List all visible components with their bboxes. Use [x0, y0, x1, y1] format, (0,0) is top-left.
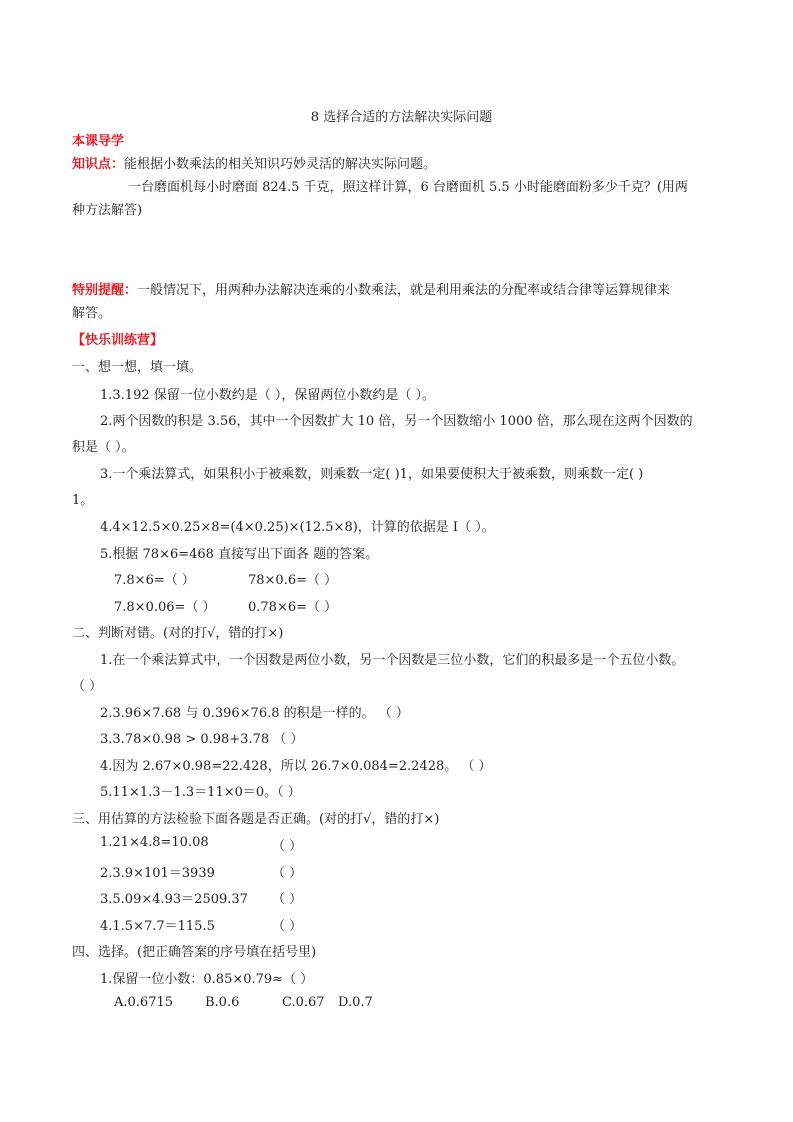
section1-q1: 1.3.192 保留一位小数约是（ ），保留两位小数约是（ ）。 — [100, 384, 435, 403]
section3-item3-expr: 3.5.09×4.93＝2509.37 — [100, 888, 248, 907]
section1-q5-item4: 0.78×6=（ ） — [248, 596, 337, 615]
section2-heading: 二、判断对错。(对的打√，错的打×) — [72, 622, 283, 641]
guide-heading: 本课导学 — [72, 130, 124, 149]
page-title: 8 选择合适的方法解决实际问题 — [0, 106, 793, 125]
section2-q5: 5.11×1.3－1.3＝11×0＝0。（ ） — [100, 781, 301, 800]
section4-q1: 1.保留一位小数：0.85×0.79≈（ ） — [100, 968, 313, 987]
section4-option-b: B.0.6 — [205, 995, 239, 1010]
section1-q4: 4.4×12.5×0.25×8=(4×0.25)×(12.5×8)，计算的依据是… — [100, 516, 495, 535]
reminder-line2: 解答。 — [72, 302, 111, 321]
section3-item4-expr: 4.1.5×7.7＝115.5 — [100, 915, 215, 934]
section2-q4: 4.因为 2.67×0.98=22.428，所以 26.7×0.084=2.24… — [100, 755, 492, 774]
section2-q1-line1: 1.在一个乘法算式中，一个因数是两位小数，另一个因数是三位小数，它们的积最多是一… — [100, 649, 684, 668]
knowledge-text: 能根据小数乘法的相关知识巧妙灵活的解决实际问题。 — [124, 157, 436, 172]
section4-option-a: A.0.6715 — [114, 995, 173, 1010]
section1-q5-item2: 78×0.6=（ ） — [248, 569, 337, 588]
section3-item4-blank: （ ） — [272, 915, 302, 934]
section1-q3-line2: 1。 — [72, 489, 93, 508]
example-problem-line2: 种方法解答) — [72, 199, 142, 218]
section3-heading: 三、用估算的方法检验下面各题是否正确。(对的打√，错的打×) — [72, 808, 439, 827]
section3-item3-blank: （ ） — [272, 888, 302, 907]
section4-heading: 四、选择。(把正确答案的序号填在括号里) — [72, 941, 316, 960]
section1-q5-item3: 7.8×0.06=（ ） — [114, 596, 216, 615]
section3-item2-expr: 2.3.9×101＝3939 — [100, 862, 215, 881]
section4-option-d: D.0.7 — [338, 995, 373, 1010]
section3-item1-expr: 1.21×4.8=10.08 — [100, 835, 209, 850]
section4-option-c: C.0.67 — [282, 995, 325, 1010]
section1-q2-line1: 2.两个因数的积是 3.56，其中一个因数扩大 10 倍，另一个因数缩小 100… — [100, 410, 693, 429]
reminder-text: 一般情况下，用两种办法解决连乘的小数乘法，就是利用乘法的分配率或结合律等运算规律… — [137, 283, 670, 298]
section1-q3-line1: 3.一个乘法算式，如果积小于被乘数，则乘数一定( )1，如果要使积大于被乘数，则… — [100, 463, 643, 482]
section2-q2: 2.3.96×7.68 与 0.396×76.8 的积是一样的。 （ ） — [100, 702, 409, 721]
section3-item2-blank: （ ） — [272, 862, 302, 881]
section2-q1-line2: （ ） — [72, 675, 102, 694]
section2-q3: 3.3.78×0.98 > 0.98+3.78 （ ） — [100, 728, 303, 747]
knowledge-label: 知识点： — [72, 157, 124, 172]
reminder-label: 特别提醒： — [72, 283, 137, 298]
camp-heading: 【快乐训练营】 — [72, 329, 163, 348]
reminder-line1: 特别提醒：一般情况下，用两种办法解决连乘的小数乘法，就是利用乘法的分配率或结合律… — [72, 279, 670, 298]
knowledge-point: 知识点：能根据小数乘法的相关知识巧妙灵活的解决实际问题。 — [72, 153, 436, 172]
example-problem-line1: 一台磨面机每小时磨面 824.5 千克，照这样计算，6 台磨面机 5.5 小时能… — [128, 176, 688, 195]
section3-item1-blank: （ ） — [272, 835, 302, 854]
section1-heading: 一、想一想，填一填。 — [72, 356, 202, 375]
section1-q5: 5.根据 78×6=468 直接写出下面各 题的答案。 — [100, 543, 378, 562]
section1-q2-line2: 积是（ ）。 — [72, 436, 135, 455]
section1-q5-item1: 7.8×6=（ ） — [114, 569, 195, 588]
